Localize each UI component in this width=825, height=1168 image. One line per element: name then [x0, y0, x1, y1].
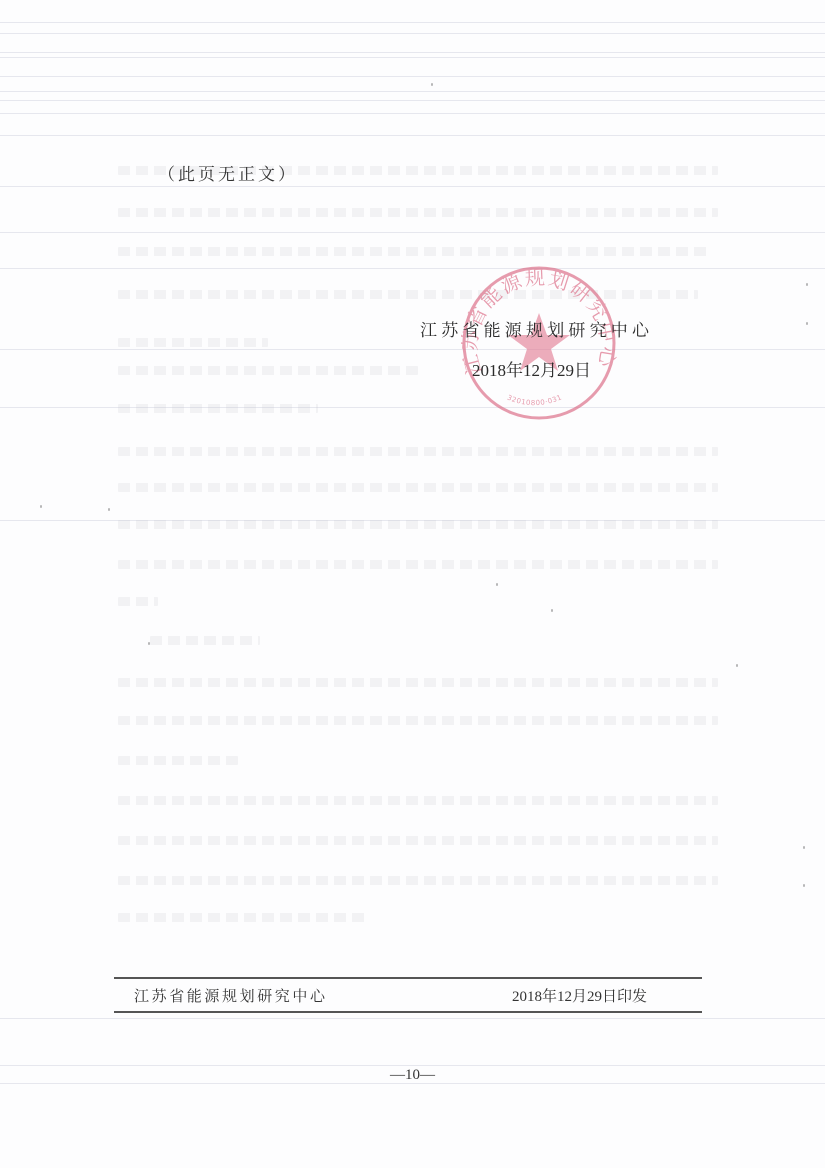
no-body-text-note: （此页无正文）	[158, 160, 298, 185]
footer-issuer: 江苏省能源规划研究中心	[134, 985, 328, 1006]
signature-date: 2018年12月29日	[472, 356, 591, 381]
signature-organization: 江苏省能源规划研究中心	[420, 316, 653, 341]
seal-number-text: 32010800·031	[506, 393, 563, 407]
scan-bleed-through	[0, 0, 825, 1168]
page-number: —10—	[0, 1067, 825, 1084]
official-seal-stamp: 江苏省能源规划研究中心 32010800·031	[461, 265, 617, 421]
footer-issue-date: 2018年12月29日印发	[512, 985, 647, 1006]
footer-bottom-rule	[114, 1011, 702, 1013]
footer-top-rule	[114, 977, 702, 979]
document-page: （此页无正文） 江苏省能源规划研究中心 32010800·031 江苏省能源规划…	[0, 0, 825, 1168]
